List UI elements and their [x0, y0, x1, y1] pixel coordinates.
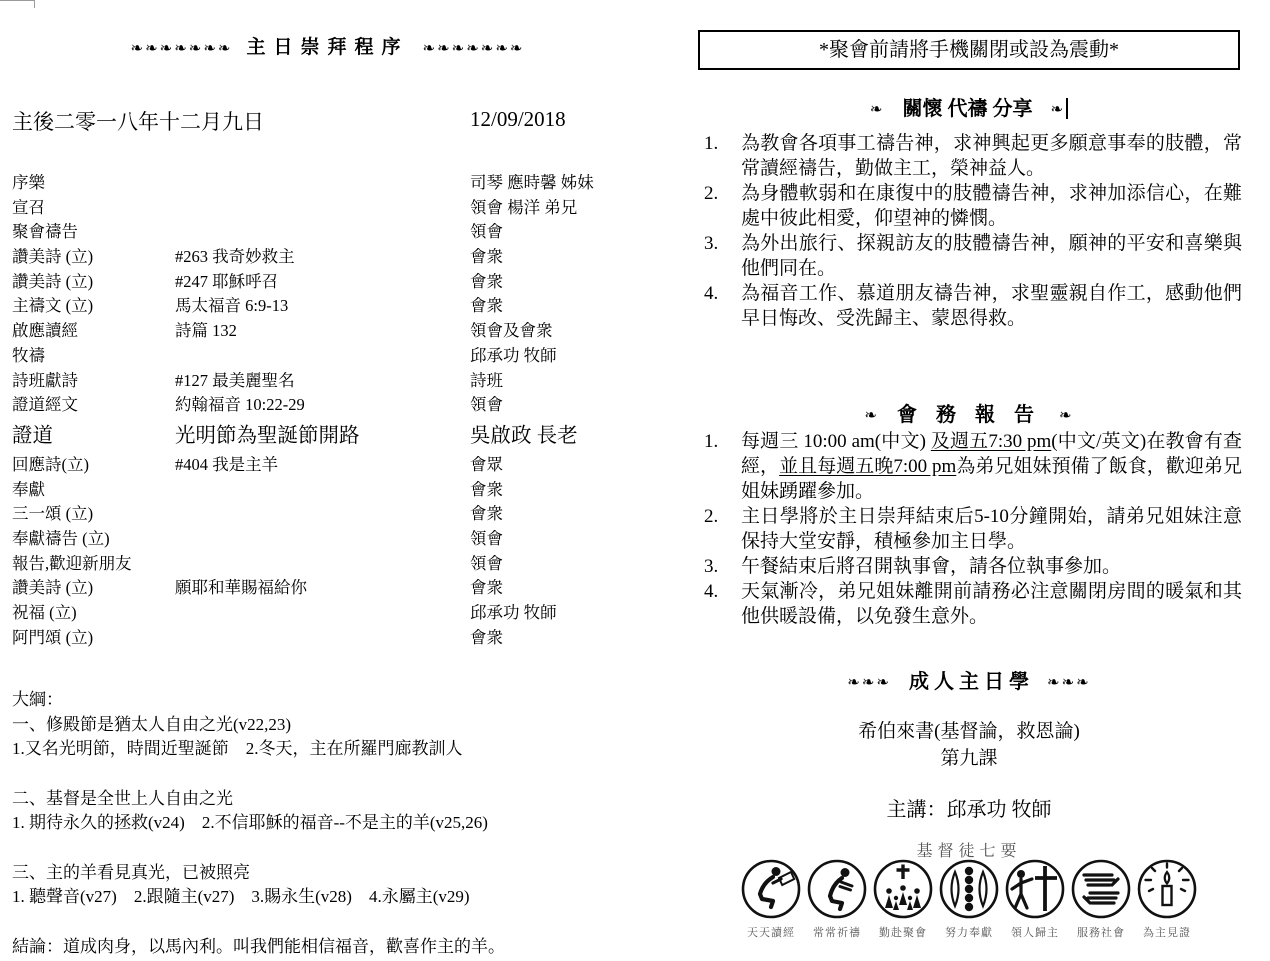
service-item-who: 會衆 [470, 624, 657, 648]
service-item-detail: #263 我奇妙救主 [175, 243, 470, 267]
service-item-who: 會衆 [470, 243, 657, 267]
sermon-outline: 大綱：一、修殿節是猶太人自由之光(v22,23)1.又名光明節，時間近聖誕節 2… [12, 688, 660, 959]
announcement-item: 3.午餐結束后將召開執事會，請各位執事參加。 [700, 554, 1242, 579]
service-row: 報告,歡迎新朋友領會 [12, 550, 657, 575]
service-item-detail: 詩篇 132 [175, 317, 470, 341]
date-chinese: 主後二零一八年十二月九日 [12, 110, 264, 134]
essential-label: 努力奉獻 [937, 924, 1001, 940]
serving-hands-icon [1070, 858, 1132, 920]
announcement-item: 1.每週三 10:00 am(中文) 及週五7:30 pm(中文/英文)在教會有… [700, 429, 1242, 504]
essential-serve-society: 服務社會 [1069, 858, 1133, 940]
service-item-name: 主禱文 (立) [12, 292, 175, 316]
service-item-name: 祝福 (立) [12, 599, 175, 623]
plain-text: 午餐結束后將召開執事會，請各位執事參加。 [741, 556, 1121, 577]
service-item-who: 會衆 [470, 500, 657, 524]
underlined-text: 並且每週五晚7:00 pm [779, 456, 956, 477]
service-row: 宣召領會 楊洋 弟兄 [12, 194, 657, 219]
sunday-school-lesson-number: 第九課 [698, 743, 1240, 770]
plain-text: 為外出旅行、探親訪友的肢體禱告神，願神的平安和喜樂與他們同在。 [741, 233, 1242, 279]
prayer-heading-text: 關懷 代禱 分享 [903, 98, 1033, 120]
list-number: 4. [700, 579, 741, 629]
church-bulletin-page: { "left": { "title": {"ornaments": "❧❧❧❧… [0, 0, 1270, 961]
service-item-who: 領會 楊洋 弟兄 [470, 194, 657, 218]
text-cursor [1066, 98, 1068, 119]
service-row: 序樂司琴 應時馨 姊妹 [12, 169, 657, 194]
essential-lead-people-to-christ: 領人歸主 [1003, 858, 1067, 940]
outline-line: 一、修殿節是猶太人自由之光(v22,23) [12, 713, 660, 738]
essential-witness-for-the-lord: 為主見證 [1135, 858, 1199, 940]
essential-label: 勤赴聚會 [871, 924, 935, 940]
service-row: 聚會禱告領會 [12, 218, 657, 243]
list-number: 2. [700, 504, 741, 554]
phone-silence-notice-box: *聚會前請將手機關閉或設為震動* [698, 30, 1240, 70]
service-row: 啟應讀經詩篇 132領會及會衆 [12, 317, 657, 342]
congregation-with-cross-icon [872, 858, 934, 920]
floral-ornament-icon: ❧ [1059, 408, 1074, 424]
outline-line: 1. 期待永久的拯救(v24) 2.不信耶穌的福音--不是主的羊(v25,26) [12, 811, 660, 836]
list-text: 午餐結束后將召開執事會，請各位執事參加。 [741, 554, 1242, 579]
person-reading-bible-icon [740, 858, 802, 920]
shining-candle-icon [1136, 858, 1198, 920]
phone-silence-notice-text: *聚會前請將手機關閉或設為震動* [819, 39, 1119, 61]
service-item-who: 邱承功 牧師 [470, 599, 657, 623]
service-item-name: 宣召 [12, 194, 175, 218]
outline-line: 1. 聽聲音(v27) 2.跟隨主(v27) 3.賜永生(v28) 4.永屬主(… [12, 885, 660, 910]
service-item-who: 邱承功 牧師 [470, 342, 657, 366]
prayer-item: 3.為外出旅行、探親訪友的肢體禱告神，願神的平安和喜樂與他們同在。 [700, 231, 1242, 281]
sunday-school-speaker: 主講：邱承功 牧師 [698, 793, 1240, 822]
worship-program-title-line: ❧❧❧❧❧❧❧主日崇拜程序❧❧❧❧❧❧❧ [0, 32, 655, 59]
announcement-item: 4.天氣漸冷，弟兄姐妹離開前請務必注意關閉房間的暖氣和其他供暖設備，以免發生意外… [700, 579, 1242, 629]
service-item-name: 奉獻禱告 (立) [12, 525, 175, 549]
service-item-name: 阿門頌 (立) [12, 624, 175, 648]
list-text: 主日學將於主日崇拜結束后5-10分鐘開始，請弟兄姐妹注意保持大堂安靜，積極參加主… [741, 504, 1242, 554]
service-row: 牧禱邱承功 牧師 [12, 342, 657, 367]
outline-line: 1.又名光明節，時間近聖誕節 2.冬天，主在所羅門廊教訓人 [12, 737, 660, 762]
floral-ornament-icon: ❧ [864, 408, 879, 424]
announcement-item: 2.主日學將於主日崇拜結束后5-10分鐘開始，請弟兄姐妹注意保持大堂安靜，積極參… [700, 504, 1242, 554]
prayer-item: 1.為教會各項事工禱告神，求神興起更多願意事奉的肢體，常常讀經禱告，勤做主工，榮… [700, 131, 1242, 181]
service-item-name: 證道 [12, 418, 175, 448]
service-item-name: 牧禱 [12, 342, 175, 366]
underlined-text: 及週五7:30 pm [931, 431, 1051, 452]
essential-attend-meetings: 勤赴聚會 [871, 858, 935, 940]
service-item-name: 奉獻 [12, 476, 175, 500]
floral-ornament-triple-icon: ❧❧❧ [847, 675, 891, 691]
service-item-name: 讚美詩 (立) [12, 574, 175, 598]
essential-label: 服務社會 [1069, 924, 1133, 940]
plain-text: 為教會各項事工禱告神，求神興起更多願意事奉的肢體，常常讀經禱告，勤做主工，榮神益… [741, 133, 1242, 179]
floral-ornament-icon: ❧ [1051, 102, 1066, 118]
service-row: 證道光明節為聖誕節開路吳啟政 長老 [12, 416, 657, 451]
plain-text: 為身體軟弱和在康復中的肢體禱告神，求神加添信心，在難處中彼此相愛，仰望神的憐憫。 [741, 183, 1242, 229]
order-of-service-table: 序樂司琴 應時馨 姊妹宣召領會 楊洋 弟兄聚會禱告領會讚美詩 (立)#263 我… [12, 169, 657, 648]
date-numeric: 12/09/2018 [470, 107, 566, 132]
service-item-detail: 光明節為聖誕節開路 [175, 418, 470, 448]
service-item-detail: 約翰福音 10:22-29 [175, 391, 470, 415]
adult-sunday-school-heading: ❧❧❧成 人 主 日 學❧❧❧ [698, 665, 1240, 694]
person-led-to-cross-icon [1004, 858, 1066, 920]
service-item-who: 吳啟政 長老 [470, 418, 657, 448]
service-row: 奉獻會衆 [12, 476, 657, 501]
essential-constant-prayer: 常常祈禱 [805, 858, 869, 940]
service-row: 三一頌 (立)會衆 [12, 500, 657, 525]
service-item-who: 會眾 [470, 451, 657, 475]
outline-line: 結論：道成肉身，以馬內利。叫我們能相信福音，歡喜作主的羊。 [12, 935, 660, 960]
list-text: 天氣漸冷，弟兄姐妹離開前請務必注意關閉房間的暖氣和其他供暖設備，以免發生意外。 [741, 579, 1242, 629]
service-item-who: 會衆 [470, 476, 657, 500]
service-item-who: 詩班 [470, 367, 657, 391]
plain-text: 主日學將於主日崇拜結束后5-10分鐘開始，請弟兄姐妹注意保持大堂安靜，積極參加主… [741, 506, 1242, 552]
essential-daily-bible-reading: 天天讀經 [739, 858, 803, 940]
list-number: 2. [700, 181, 741, 231]
service-item-who: 領會 [470, 391, 657, 415]
list-text: 為福音工作、慕道朋友禱告神，求聖靈親自作工，感動他們早日悔改、受洗歸主、蒙恩得救… [741, 281, 1242, 331]
plain-text: 為福音工作、慕道朋友禱告神，求聖靈親自作工，感動他們早日悔改、受洗歸主、蒙恩得救… [741, 283, 1242, 329]
service-row: 阿門頌 (立)會衆 [12, 624, 657, 649]
essential-diligent-offering: 努力奉獻 [937, 858, 1001, 940]
list-number: 1. [700, 131, 741, 181]
service-row: 回應詩(立)#404 我是主羊會眾 [12, 451, 657, 476]
plain-text: 天氣漸冷，弟兄姐妹離開前請務必注意關閉房間的暖氣和其他供暖設備，以免發生意外。 [741, 581, 1242, 627]
service-item-name: 證道經文 [12, 391, 175, 415]
service-item-name: 聚會禱告 [12, 218, 175, 242]
service-item-who: 領會 [470, 218, 657, 242]
service-row: 主禱文 (立)馬太福音 6:9-13會衆 [12, 292, 657, 317]
service-item-who: 領會 [470, 550, 657, 574]
floral-ornament-triple-icon: ❧❧❧ [1047, 675, 1091, 691]
service-item-detail: 願耶和華賜福給你 [175, 574, 470, 598]
date-row: 主後二零一八年十二月九日 12/09/2018 [12, 106, 652, 136]
service-item-name: 報告,歡迎新朋友 [12, 550, 175, 574]
service-row: 詩班獻詩#127 最美麗聖名詩班 [12, 367, 657, 392]
service-row: 讚美詩 (立)願耶和華賜福給你會衆 [12, 574, 657, 599]
service-row: 祝福 (立)邱承功 牧師 [12, 599, 657, 624]
prayer-items-list: 1.為教會各項事工禱告神，求神興起更多願意事奉的肢體，常常讀經禱告，勤做主工，榮… [700, 131, 1242, 331]
service-item-who: 司琴 應時馨 姊妹 [470, 169, 657, 193]
sunday-school-book-title: 希伯來書(基督論，救恩論) [698, 716, 1240, 743]
announcements-heading-text: 會 務 報 告 [897, 404, 1041, 426]
service-item-name: 回應詩(立) [12, 451, 175, 475]
outline-line: 三、主的羊看見真光，已被照亮 [12, 861, 660, 886]
service-item-name: 詩班獻詩 [12, 367, 175, 391]
service-item-who: 會衆 [470, 292, 657, 316]
scan-corner-artifact [0, 0, 35, 8]
list-text: 為外出旅行、探親訪友的肢體禱告神，願神的平安和喜樂與他們同在。 [741, 231, 1242, 281]
service-item-name: 序樂 [12, 169, 175, 193]
floral-ornament-row-icon: ❧❧❧❧❧❧❧ [423, 41, 525, 57]
outline-line: 二、基督是全世上人自由之光 [12, 787, 660, 812]
service-item-name: 啟應讀經 [12, 317, 175, 341]
essential-label: 天天讀經 [739, 924, 803, 940]
outline-line: 大綱： [12, 688, 660, 713]
service-row: 奉獻禱告 (立)領會 [12, 525, 657, 550]
list-text: 每週三 10:00 am(中文) 及週五7:30 pm(中文/英文)在教會有查經… [741, 429, 1242, 504]
service-row: 讚美詩 (立)#263 我奇妙救主會衆 [12, 243, 657, 268]
person-kneeling-prayer-icon [806, 858, 868, 920]
plain-text: 每週三 10:00 am(中文) [741, 431, 931, 452]
loaves-and-fishes-icon [938, 858, 1000, 920]
service-item-who: 會衆 [470, 268, 657, 292]
service-item-name: 三一頌 (立) [12, 500, 175, 524]
service-row: 證道經文約翰福音 10:22-29領會 [12, 391, 657, 416]
service-item-name: 讚美詩 (立) [12, 243, 175, 267]
seven-essentials-icon-row: 天天讀經 常常祈禱 勤赴聚會 [698, 858, 1240, 940]
list-number: 3. [700, 554, 741, 579]
announcement-items-list: 1.每週三 10:00 am(中文) 及週五7:30 pm(中文/英文)在教會有… [700, 429, 1242, 629]
floral-ornament-icon: ❧ [870, 102, 885, 118]
adult-sunday-school-heading-text: 成 人 主 日 學 [909, 671, 1029, 693]
announcements-section-heading: ❧會 務 報 告❧ [698, 398, 1240, 427]
service-item-name: 讚美詩 (立) [12, 268, 175, 292]
page-title: 主日崇拜程序 [246, 37, 408, 58]
service-item-detail: #247 耶穌呼召 [175, 268, 470, 292]
essential-label: 為主見證 [1135, 924, 1199, 940]
list-number: 1. [700, 429, 741, 504]
service-item-detail: #404 我是主羊 [175, 451, 470, 475]
floral-ornament-row-icon: ❧❧❧❧❧❧❧ [131, 41, 233, 57]
list-text: 為身體軟弱和在康復中的肢體禱告神，求神加添信心，在難處中彼此相愛，仰望神的憐憫。 [741, 181, 1242, 231]
essential-label: 領人歸主 [1003, 924, 1067, 940]
prayer-item: 4.為福音工作、慕道朋友禱告神，求聖靈親自作工，感動他們早日悔改、受洗歸主、蒙恩… [700, 281, 1242, 331]
service-item-who: 會衆 [470, 574, 657, 598]
list-number: 3. [700, 231, 741, 281]
service-row: 讚美詩 (立)#247 耶穌呼召會衆 [12, 268, 657, 293]
prayer-item: 2.為身體軟弱和在康復中的肢體禱告神，求神加添信心，在難處中彼此相愛，仰望神的憐… [700, 181, 1242, 231]
essential-label: 常常祈禱 [805, 924, 869, 940]
service-item-who: 領會 [470, 525, 657, 549]
service-item-detail: #127 最美麗聖名 [175, 367, 470, 391]
list-text: 為教會各項事工禱告神，求神興起更多願意事奉的肢體，常常讀經禱告，勤做主工，榮神益… [741, 131, 1242, 181]
prayer-section-heading: ❧關懷 代禱 分享❧ [698, 92, 1240, 121]
service-item-who: 領會及會衆 [470, 317, 657, 341]
service-item-detail: 馬太福音 6:9-13 [175, 292, 470, 316]
list-number: 4. [700, 281, 741, 331]
